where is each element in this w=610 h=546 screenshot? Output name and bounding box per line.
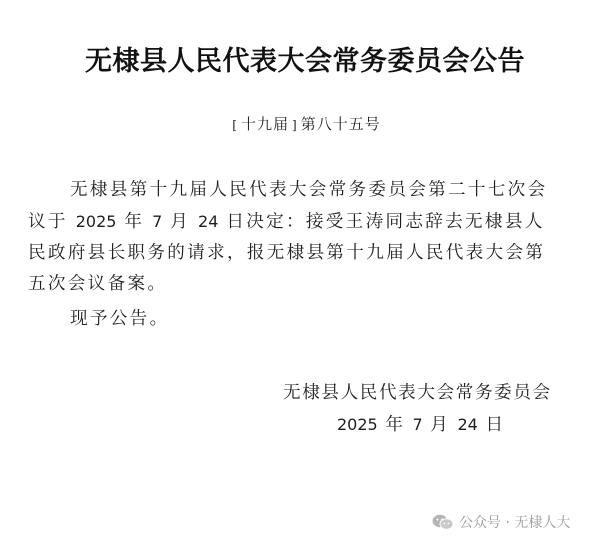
bracket-open: [ — [232, 118, 238, 132]
decision-month: 7 — [152, 212, 162, 231]
bracket-close: ] — [292, 118, 298, 132]
wechat-watermark: 公众号 · 无棣人大 — [432, 512, 570, 532]
closing-line: 现予公告。 — [28, 304, 558, 335]
wechat-icon — [432, 514, 454, 530]
issuer-signature: 无棣县人民代表大会常务委员会 — [283, 378, 552, 409]
decision-day: 24 — [198, 212, 218, 231]
issue-date: 2025 年 7 月 24 日 — [337, 411, 505, 439]
watermark-text: 公众号 · 无棣人大 — [459, 512, 570, 532]
announcement-body: 无棣县第十九届人民代表大会常务委员会第二十七次会议于 2025 年 7 月 24… — [28, 175, 558, 335]
announcement-title: 无棣县人民代表大会常务委员会公告 — [0, 44, 610, 80]
document-number: [十九届]第八十五号 — [0, 113, 610, 136]
number-label: 第八十五号 — [301, 115, 381, 133]
session-label: 十九届 — [241, 115, 289, 133]
decision-year: 2025 — [76, 212, 117, 231]
decision-paragraph: 无棣县第十九届人民代表大会常务委员会第二十七次会议于 2025 年 7 月 24… — [28, 175, 558, 300]
